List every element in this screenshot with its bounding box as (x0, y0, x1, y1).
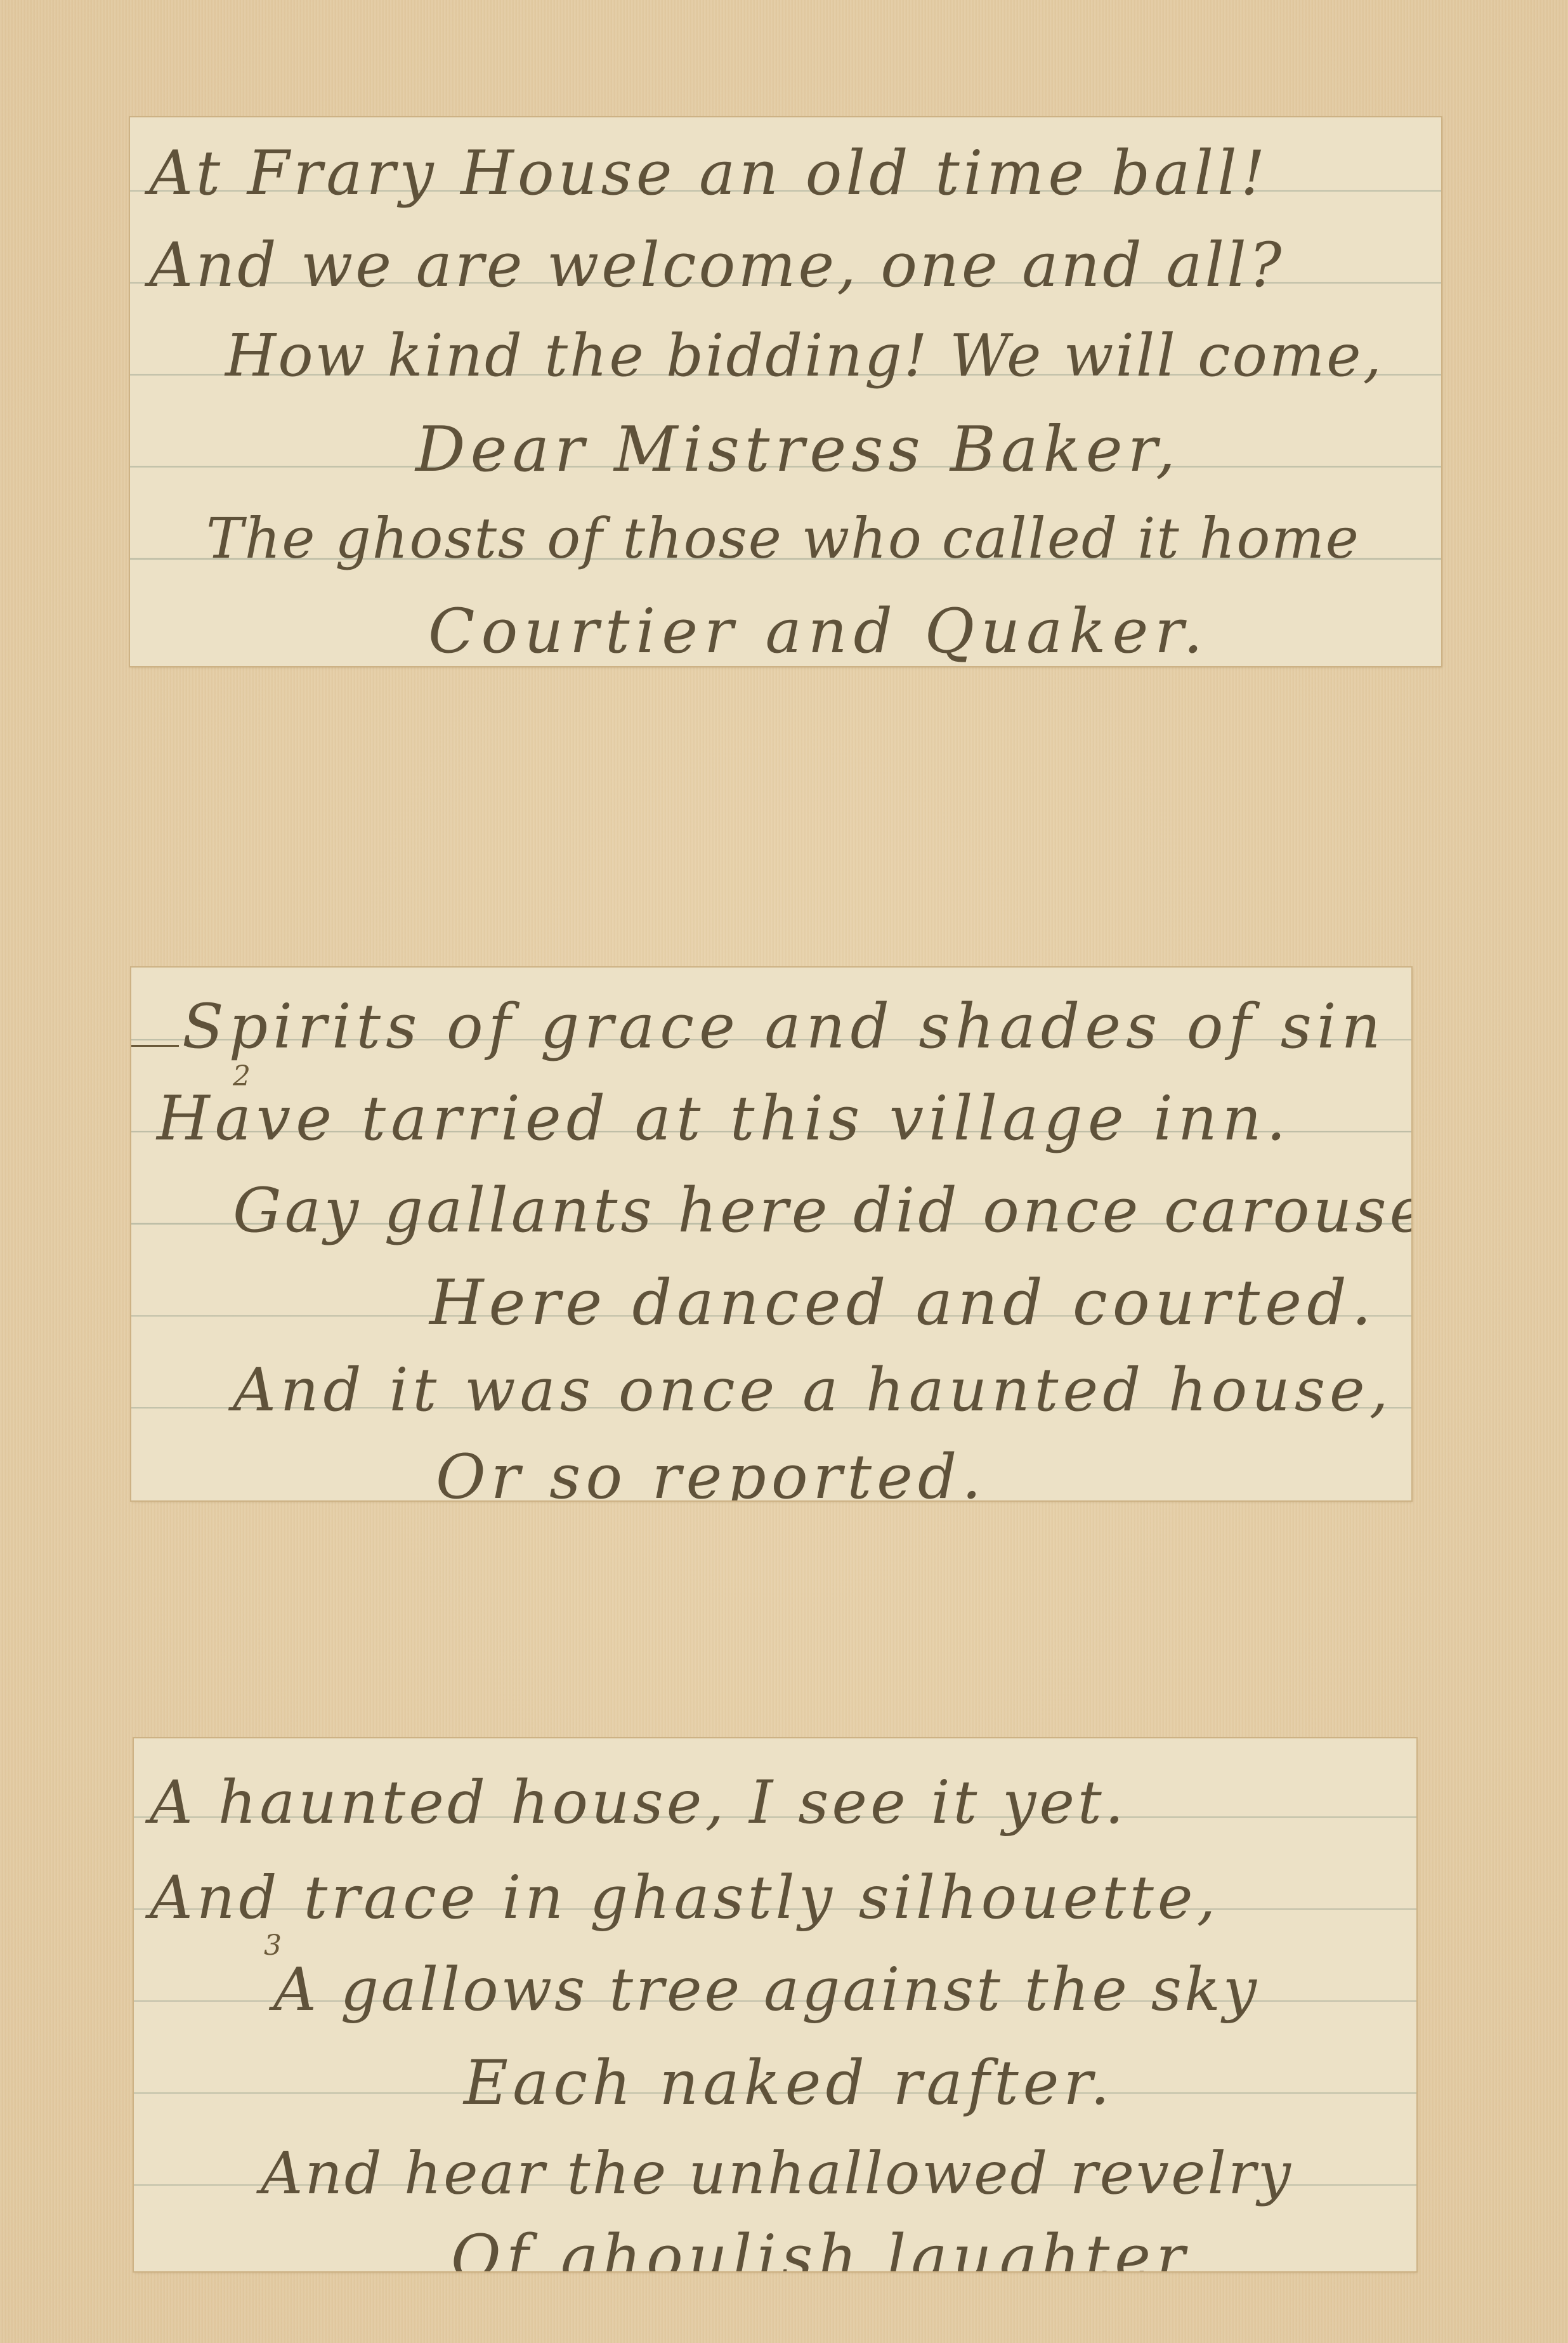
poem-line: At Frary House an old time ball! (149, 143, 1269, 204)
margin-dash (131, 1045, 179, 1047)
poem-card-1: At Frary House an old time ball! And we … (130, 117, 1441, 666)
poem-line: How kind the bidding! We will come, (225, 327, 1383, 385)
poem-line: And trace in ghastly silhouette, (150, 1868, 1219, 1928)
poem-line: Of ghoulish laughter. (451, 2227, 1208, 2271)
poem-line: Here danced and courted. (429, 1272, 1376, 1334)
poem-line: And we are welcome, one and all? (149, 235, 1284, 296)
poem-line: Have tarried at this village inn. (157, 1088, 1291, 1149)
poem-line: Courtier and Quaker. (428, 601, 1209, 662)
poem-line: Each naked rafter. (464, 2052, 1114, 2113)
poem-line: A haunted house, I see it yet. (150, 1773, 1127, 1833)
poem-line: Dear Mistress Baker, (415, 419, 1180, 481)
poem-line: A gallows tree against the sky (273, 1960, 1259, 2020)
poem-line: Spirits of grace and shades of sin (182, 996, 1385, 1057)
poem-card-2: Spirits of grace and shades of sin 2 Hav… (131, 968, 1411, 1500)
poem-line: And it was once a haunted house, (233, 1361, 1393, 1421)
poem-line: Gay gallants here did once carouse, (233, 1180, 1411, 1241)
poem-card-3: A haunted house, I see it yet. And trace… (134, 1738, 1416, 2271)
poem-line: The ghosts of those who called it home (206, 511, 1360, 567)
poem-line: Or so reported. (436, 1447, 986, 1500)
poem-line: And hear the unhallowed revelry (261, 2144, 1293, 2203)
mat-board: At Frary House an old time ball! And we … (0, 0, 1568, 2343)
